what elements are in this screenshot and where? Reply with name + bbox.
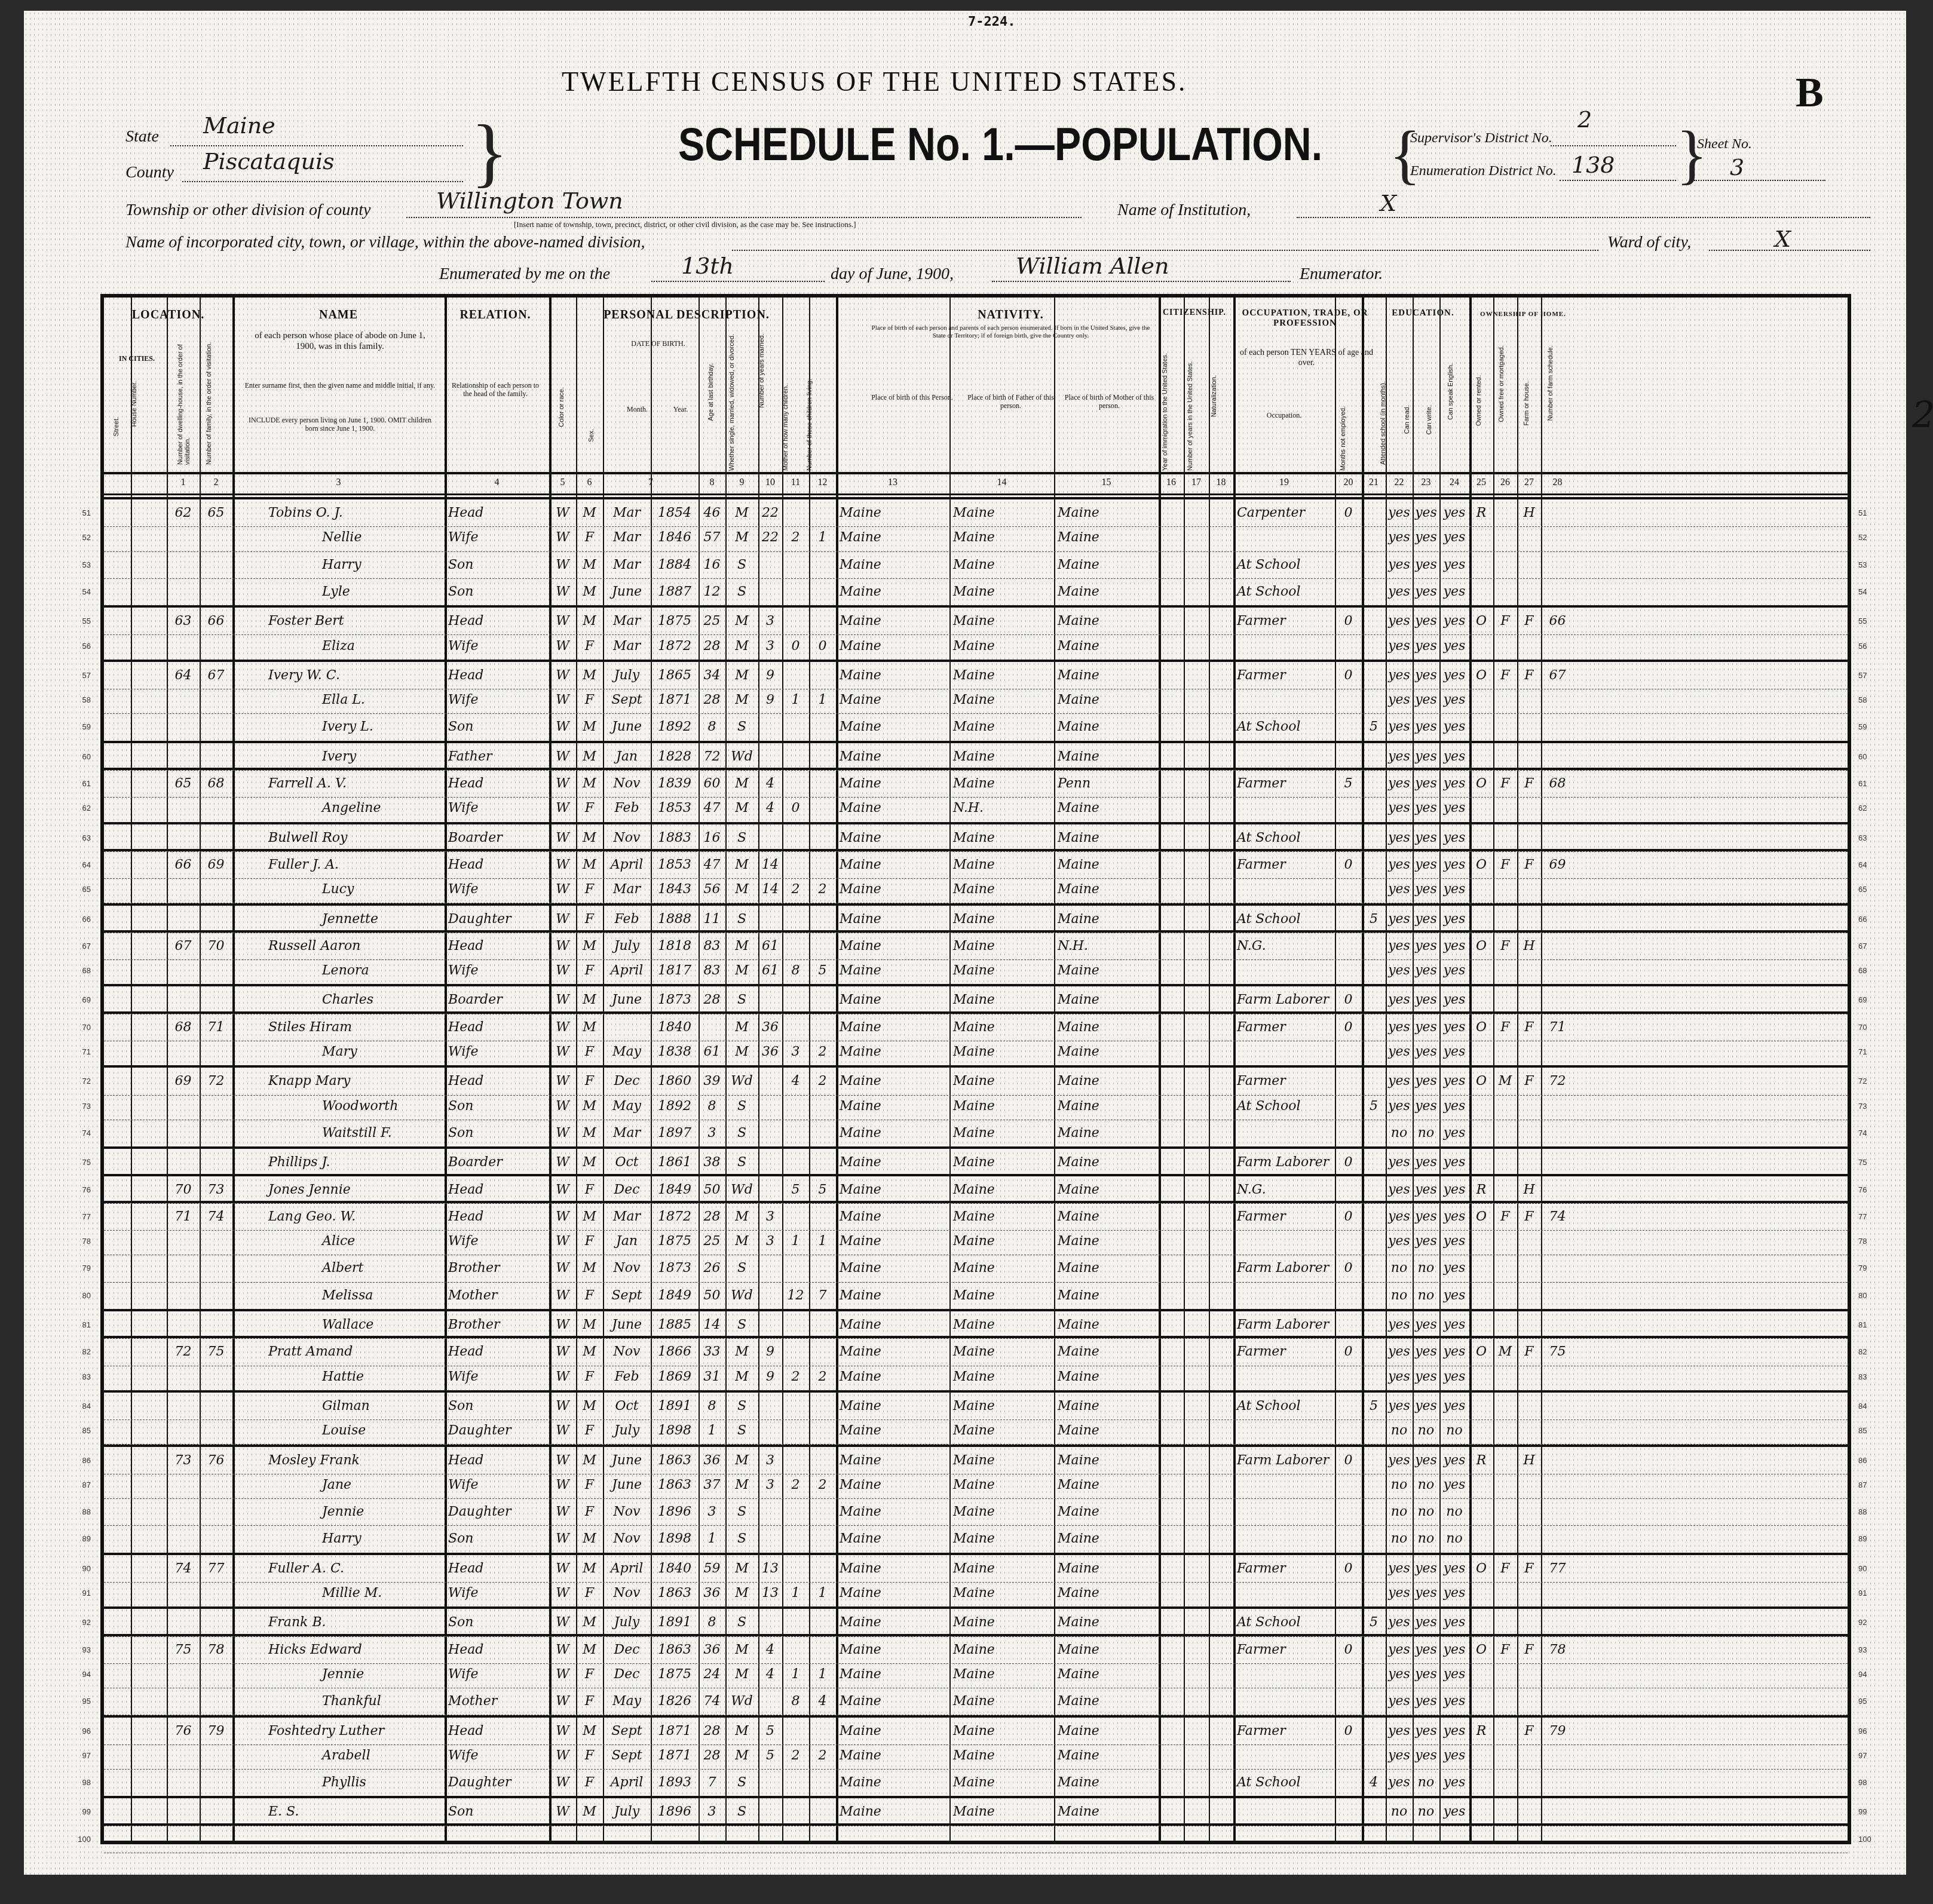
cell-sex: M	[576, 1338, 603, 1365]
cell-mo: 2	[782, 1471, 809, 1498]
cell-cl	[809, 795, 836, 821]
line-number-left: 96	[67, 1718, 91, 1744]
cell-farm	[1517, 551, 1541, 578]
ed-value: 138	[1571, 152, 1615, 178]
cell-year: 1892	[651, 1093, 699, 1120]
cell-eng: yes	[1439, 986, 1469, 1013]
cell-month: July	[603, 933, 651, 959]
cell-pobf: Maine	[949, 608, 1058, 634]
cell-farm	[1517, 1769, 1541, 1796]
cell-eng: yes	[1439, 1718, 1469, 1744]
cell-ms: M	[725, 1228, 758, 1255]
table-row: 6669Fuller J. A.HeadWMApril185347M14Main…	[104, 849, 1848, 879]
cell-month: Sept	[603, 1282, 651, 1309]
vh-sex: Sex.	[588, 429, 595, 442]
cell-cl	[809, 499, 836, 526]
cell-ym: 61	[758, 933, 782, 959]
cell-month: July	[603, 662, 651, 689]
cell-age: 14	[699, 1311, 725, 1338]
cell-pobf: Maine	[949, 1255, 1058, 1281]
line-number-right: 100	[1858, 1826, 1882, 1853]
cell-mo	[782, 662, 809, 689]
cell-mo	[782, 1498, 809, 1525]
cell-free	[1493, 957, 1517, 984]
cell-read: yes	[1386, 1176, 1413, 1203]
cell-year: 1897	[651, 1120, 699, 1146]
line-number-left: 66	[67, 906, 91, 933]
cell-unemp: 0	[1335, 1203, 1362, 1230]
cell-eng: yes	[1439, 1555, 1469, 1582]
table-row: 7275Pratt AmandHeadWMNov186633M9MaineMai…	[104, 1336, 1848, 1366]
cell-school	[1362, 795, 1386, 821]
cell-fam	[200, 578, 232, 605]
cell-ym: 13	[758, 1555, 782, 1582]
cell-mo: 12	[782, 1282, 809, 1309]
cell-age: 36	[699, 1447, 725, 1474]
cell-school	[1362, 1580, 1386, 1606]
cell-eng: yes	[1439, 957, 1469, 984]
cell-cl: 1	[809, 1661, 836, 1688]
cell-own: O	[1469, 1338, 1493, 1365]
cell-name: Tobins O. J.	[232, 499, 480, 526]
cell-own	[1469, 1826, 1493, 1853]
group-education: EDUCATION.	[1377, 308, 1469, 318]
cell-cl	[809, 1447, 836, 1474]
state-value: Maine	[203, 112, 275, 139]
cell-occ	[1233, 1038, 1338, 1065]
cell-eng: yes	[1439, 1228, 1469, 1255]
cell-occ	[1233, 1661, 1338, 1688]
cell-ms: S	[725, 986, 758, 1013]
line-number-left: 91	[67, 1580, 91, 1606]
cell-pobf: Maine	[949, 1176, 1058, 1203]
cell-sex: F	[576, 1661, 603, 1688]
cell-ms: M	[725, 662, 758, 689]
table-row: 7174Lang Geo. W.HeadWMMar187228M3MaineMa…	[104, 1201, 1848, 1231]
cell-age: 8	[699, 713, 725, 740]
cell-farm	[1517, 1393, 1541, 1419]
cell-occ: N.G.	[1233, 933, 1338, 959]
cell-occ	[1233, 1363, 1338, 1390]
cell-rel: Daughter	[445, 1417, 553, 1444]
cell-free	[1493, 686, 1517, 713]
cell-read: yes	[1386, 933, 1413, 959]
cell-farm	[1517, 795, 1541, 821]
cell-unemp	[1335, 933, 1362, 959]
line-number-left: 95	[67, 1688, 91, 1715]
vh-street: Street.	[113, 417, 120, 436]
cell-farm	[1517, 1038, 1541, 1065]
cell-sched	[1541, 1447, 1574, 1474]
institution-value: X	[1380, 190, 1396, 216]
cell-free	[1493, 1609, 1517, 1636]
cell-pobf: Maine	[949, 1555, 1058, 1582]
cell-write: no	[1413, 1255, 1439, 1281]
cell-fam	[200, 1363, 232, 1390]
cell-unemp: 0	[1335, 986, 1362, 1013]
line-number-right: 89	[1858, 1525, 1882, 1552]
cell-ym: 4	[758, 1636, 782, 1663]
cell-mo: 2	[782, 1742, 809, 1769]
cell-month: Dec	[603, 1661, 651, 1688]
cell-write: yes	[1413, 1038, 1439, 1065]
vh-speak-english: Can speak English.	[1447, 363, 1454, 420]
cell-dw	[167, 1282, 200, 1309]
cell-mo	[782, 851, 809, 878]
cell-farm: H	[1517, 1176, 1541, 1203]
cell-mo	[782, 1417, 809, 1444]
county-line	[182, 181, 463, 182]
cell-farm: H	[1517, 1447, 1541, 1474]
cell-unemp	[1335, 1038, 1362, 1065]
cell-name: Stiles Hiram	[232, 1014, 480, 1041]
cell-rel: Wife	[445, 1471, 553, 1498]
line-number-left: 70	[67, 1014, 91, 1041]
cell-mo: 5	[782, 1176, 809, 1203]
cell-write: yes	[1413, 986, 1439, 1013]
cell-ms: S	[725, 1769, 758, 1796]
cell-dw: 66	[167, 851, 200, 878]
cell-ym: 3	[758, 608, 782, 634]
cell-dw	[167, 795, 200, 821]
cell-ym: 3	[758, 1447, 782, 1474]
cell-ms: S	[725, 713, 758, 740]
cell-sched	[1541, 986, 1574, 1013]
cell-year: 1891	[651, 1609, 699, 1636]
state-line	[170, 145, 463, 146]
cell-read: no	[1386, 1525, 1413, 1552]
cell-age	[699, 1014, 725, 1041]
cell-year: 1869	[651, 1363, 699, 1390]
cell-unemp: 0	[1335, 608, 1362, 634]
line-number-right: 64	[1858, 851, 1882, 878]
cell-mo: 0	[782, 633, 809, 660]
cell-occ: Farmer	[1233, 1014, 1338, 1041]
cell-pobf: Maine	[949, 1498, 1058, 1525]
cell-month: Nov	[603, 1498, 651, 1525]
cell-unemp	[1335, 578, 1362, 605]
cell-sex: F	[576, 1282, 603, 1309]
cell-eng: yes	[1439, 1120, 1469, 1146]
ed-line	[1560, 180, 1676, 181]
line-number-right: 78	[1858, 1228, 1882, 1255]
cell-free	[1493, 1093, 1517, 1120]
line-number-right: 90	[1858, 1555, 1882, 1582]
cell-ym: 22	[758, 524, 782, 551]
cell-eng: yes	[1439, 1742, 1469, 1769]
cell-eng: yes	[1439, 1203, 1469, 1230]
cell-rel: Wife	[445, 633, 553, 660]
cell-farm: F	[1517, 1014, 1541, 1041]
cell-mo: 2	[782, 524, 809, 551]
cell-pobm: Maine	[1054, 957, 1162, 984]
line-number-right: 53	[1858, 551, 1882, 578]
cell-mo	[782, 906, 809, 933]
cell-pobf: Maine	[949, 662, 1058, 689]
cell-sex: M	[576, 608, 603, 634]
cell-ms	[725, 1826, 758, 1853]
cell-rel: Head	[445, 770, 553, 797]
cell-pob: Maine	[836, 1688, 953, 1715]
cell-pobm: Maine	[1054, 1014, 1162, 1041]
cell-color: W	[549, 1688, 576, 1715]
line-number-right: 51	[1858, 499, 1882, 526]
cell-fam	[200, 957, 232, 984]
cell-cl	[809, 1798, 836, 1825]
vh-free-mortgaged: Owned free or mortgaged.	[1498, 345, 1505, 422]
cell-sex: F	[576, 1471, 603, 1498]
cell-name: Foster Bert	[232, 608, 480, 634]
line-number-left: 56	[67, 633, 91, 660]
cell-sex: M	[576, 933, 603, 959]
cell-color	[549, 1826, 576, 1853]
cell-color: W	[549, 686, 576, 713]
cell-year: 1898	[651, 1417, 699, 1444]
cell-year: 1871	[651, 1718, 699, 1744]
cell-age: 33	[699, 1338, 725, 1365]
cell-rel: Head	[445, 1338, 553, 1365]
cell-occ	[1233, 743, 1338, 770]
cell-eng: yes	[1439, 499, 1469, 526]
cell-eng: yes	[1439, 1636, 1469, 1663]
cell-age: 83	[699, 957, 725, 984]
cell-rel	[445, 1826, 553, 1853]
cell-read: no	[1386, 1798, 1413, 1825]
cell-pobm: Maine	[1054, 1769, 1162, 1796]
cell-own	[1469, 686, 1493, 713]
cell-write: yes	[1413, 662, 1439, 689]
cell-sched	[1541, 524, 1574, 551]
cell-pob: Maine	[836, 1580, 953, 1606]
cell-eng: yes	[1439, 524, 1469, 551]
cell-read: yes	[1386, 1609, 1413, 1636]
cell-month: April	[603, 1555, 651, 1582]
cell-month: Oct	[603, 1149, 651, 1176]
cell-read: yes	[1386, 743, 1413, 770]
line-number-left: 74	[67, 1120, 91, 1146]
cell-sched	[1541, 1093, 1574, 1120]
cell-sex: F	[576, 1498, 603, 1525]
cell-mo	[782, 1093, 809, 1120]
cell-dw: 62	[167, 499, 200, 526]
cell-dw	[167, 551, 200, 578]
cell-cl: 0	[809, 633, 836, 660]
cell-fam	[200, 1149, 232, 1176]
cell-mo	[782, 1718, 809, 1744]
cell-read: no	[1386, 1498, 1413, 1525]
cell-age: 72	[699, 743, 725, 770]
cell-rel: Mother	[445, 1688, 553, 1715]
cell-school	[1362, 933, 1386, 959]
cell-cl	[809, 1120, 836, 1146]
cell-unemp	[1335, 1282, 1362, 1309]
table-row: HattieWifeWFFeb186931M922MaineMaineMaine…	[104, 1363, 1848, 1391]
cell-cl	[809, 1826, 836, 1853]
cell-name: Pratt Amand	[232, 1338, 480, 1365]
line-number-right: 99	[1858, 1798, 1882, 1825]
cell-school	[1362, 986, 1386, 1013]
cell-pobm: Maine	[1054, 824, 1162, 851]
cell-pobm: Maine	[1054, 1471, 1162, 1498]
enumerated-day: 13th	[681, 253, 734, 279]
table-row: JaneWifeWFJune186337M322MaineMaineMainen…	[104, 1471, 1848, 1499]
cell-sched: 66	[1541, 608, 1574, 634]
cell-ym: 5	[758, 1742, 782, 1769]
cell-write: yes	[1413, 608, 1439, 634]
cell-unemp	[1335, 713, 1362, 740]
cell-occ	[1233, 876, 1338, 903]
line-number-left: 67	[67, 933, 91, 959]
cell-occ: Farmer	[1233, 1718, 1338, 1744]
cell-age: 50	[699, 1176, 725, 1203]
cell-pobm: Maine	[1054, 551, 1162, 578]
cell-sex: M	[576, 1798, 603, 1825]
cell-free: F	[1493, 608, 1517, 634]
cell-fam: 76	[200, 1447, 232, 1474]
vh-can-write: Can write.	[1426, 405, 1433, 435]
table-row: 6265Tobins O. J.HeadWMMar185446M22MaineM…	[104, 497, 1848, 527]
cell-dw: 67	[167, 933, 200, 959]
cell-free	[1493, 578, 1517, 605]
cell-pob: Maine	[836, 1417, 953, 1444]
cell-eng: yes	[1439, 1038, 1469, 1065]
cell-age: 38	[699, 1149, 725, 1176]
cell-fam	[200, 1661, 232, 1688]
cell-age: 12	[699, 578, 725, 605]
cell-ym	[758, 1393, 782, 1419]
cell-write: yes	[1413, 1203, 1439, 1230]
county-label: County	[125, 163, 174, 182]
cell-pobm: Maine	[1054, 1525, 1162, 1552]
cell-ms: M	[725, 1038, 758, 1065]
cell-dw	[167, 824, 200, 851]
cell-write: yes	[1413, 1580, 1439, 1606]
cell-read: yes	[1386, 1149, 1413, 1176]
cell-eng: no	[1439, 1417, 1469, 1444]
cell-color: W	[549, 1498, 576, 1525]
cell-month: June	[603, 578, 651, 605]
cell-rel: Head	[445, 1555, 553, 1582]
cell-sched	[1541, 713, 1574, 740]
line-number-right: 94	[1858, 1661, 1882, 1688]
cell-rel: Wife	[445, 686, 553, 713]
cell-pobm: Maine	[1054, 1311, 1162, 1338]
cell-color: W	[549, 1149, 576, 1176]
cell-color: W	[549, 957, 576, 984]
supervisor-line	[1551, 145, 1676, 146]
cell-write: yes	[1413, 1149, 1439, 1176]
cell-age: 36	[699, 1636, 725, 1663]
cell-write: yes	[1413, 499, 1439, 526]
table-row: Waitstill F.SonWMMar18973SMaineMaineMain…	[104, 1120, 1848, 1147]
cell-month: Nov	[603, 824, 651, 851]
line-number-right: 69	[1858, 986, 1882, 1013]
cell-ms: M	[725, 524, 758, 551]
cell-mo	[782, 578, 809, 605]
cell-free	[1493, 1393, 1517, 1419]
cell-color: W	[549, 1661, 576, 1688]
cell-age: 28	[699, 986, 725, 1013]
cell-sex: M	[576, 1120, 603, 1146]
cell-color: W	[549, 1447, 576, 1474]
cell-free	[1493, 1525, 1517, 1552]
cell-fam	[200, 1393, 232, 1419]
cell-own	[1469, 1149, 1493, 1176]
cell-school: 5	[1362, 713, 1386, 740]
cell-rel: Wife	[445, 1661, 553, 1688]
cell-month: July	[603, 1798, 651, 1825]
cell-year: 1863	[651, 1580, 699, 1606]
cell-unemp	[1335, 1798, 1362, 1825]
cell-own	[1469, 1311, 1493, 1338]
table-row: PhyllisDaughterWFApril18937SMaineMaineMa…	[104, 1769, 1848, 1796]
cell-dw: 74	[167, 1555, 200, 1582]
cell-pobf: Maine	[949, 770, 1058, 797]
cell-school	[1362, 824, 1386, 851]
cell-mo	[782, 824, 809, 851]
cell-farm	[1517, 1525, 1541, 1552]
cell-school: 5	[1362, 1609, 1386, 1636]
cell-name: Mosley Frank	[232, 1447, 480, 1474]
line-number-left: 57	[67, 662, 91, 689]
cell-cl	[809, 933, 836, 959]
cell-color: W	[549, 851, 576, 878]
cell-school	[1362, 1068, 1386, 1094]
line-number-left: 90	[67, 1555, 91, 1582]
cell-rel: Son	[445, 1798, 553, 1825]
line-number-right: 75	[1858, 1149, 1882, 1176]
line-number-right: 74	[1858, 1120, 1882, 1146]
cell-occ	[1233, 1580, 1338, 1606]
cell-school	[1362, 1120, 1386, 1146]
cell-pobf: Maine	[949, 1203, 1058, 1230]
group-location: LOCATION.	[104, 308, 232, 322]
cell-occ	[1233, 1120, 1338, 1146]
cell-read: yes	[1386, 795, 1413, 821]
nativity-desc: Place of birth of each person and parent…	[866, 324, 1156, 340]
cell-sex: F	[576, 1688, 603, 1715]
cell-pobm: Maine	[1054, 876, 1162, 903]
cell-read: yes	[1386, 906, 1413, 933]
line-number-right: 79	[1858, 1255, 1882, 1281]
cell-pobm: Maine	[1054, 633, 1162, 660]
cell-read: yes	[1386, 824, 1413, 851]
cell-eng: yes	[1439, 1471, 1469, 1498]
table-row: ArabellWifeWFSept187128M522MaineMaineMai…	[104, 1742, 1848, 1770]
cell-pob: Maine	[836, 933, 953, 959]
cell-school: 5	[1362, 1393, 1386, 1419]
cell-age: 46	[699, 499, 725, 526]
cell-sex: F	[576, 1038, 603, 1065]
cell-school	[1362, 1282, 1386, 1309]
table-row: Ivery L.SonWMJune18928SMaineMaineMaineAt…	[104, 713, 1848, 741]
cell-cl	[809, 1311, 836, 1338]
cell-ms: S	[725, 1498, 758, 1525]
cell-name: Frank B.	[232, 1609, 480, 1636]
cell-color: W	[549, 1311, 576, 1338]
cell-occ: Farmer	[1233, 770, 1338, 797]
line-number-left: 80	[67, 1282, 91, 1309]
cell-read: yes	[1386, 1038, 1413, 1065]
cell-occ: Farmer	[1233, 851, 1338, 878]
cell-color: W	[549, 1228, 576, 1255]
cell-mo: 4	[782, 1068, 809, 1094]
cell-pobm: Penn	[1054, 770, 1162, 797]
cell-cl	[809, 986, 836, 1013]
cell-ms: Wd	[725, 1282, 758, 1309]
cell-school	[1362, 1014, 1386, 1041]
name-note2: INCLUDE every person living on June 1, 1…	[244, 416, 436, 433]
